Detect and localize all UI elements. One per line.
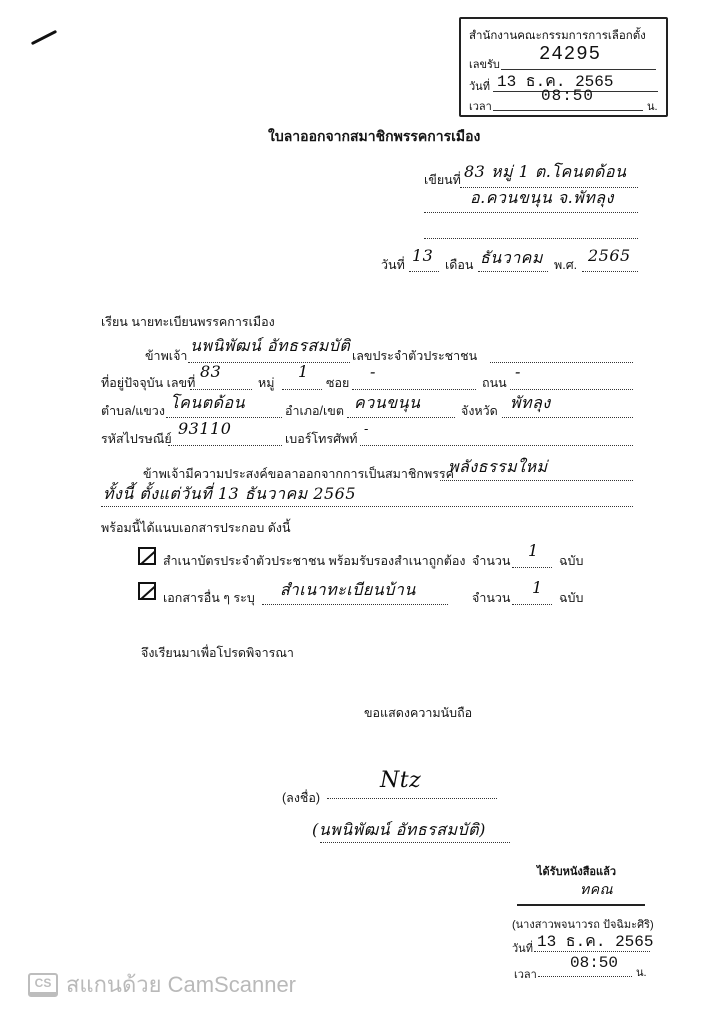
camscanner-watermark: CS สแกนด้วย CamScanner (28, 967, 296, 1002)
subdistrict-line (166, 417, 282, 418)
written-at-label: เขียนที่ (424, 170, 461, 190)
attachment-1-checkbox[interactable] (138, 547, 156, 565)
district-label: อำเภอ/เขต (285, 401, 344, 421)
attachment-2-label: เอกสารอื่น ๆ ระบุ (163, 588, 255, 608)
date-day-line (409, 271, 439, 272)
date-month-value: ธันวาคม (480, 246, 543, 271)
date-year-line (582, 271, 638, 272)
address-label: ที่อยู่ปัจจุบัน เลขที่ (101, 373, 195, 393)
date-day-label: วันที่ (381, 255, 405, 275)
receipt-date-label: วันที่ (512, 939, 533, 957)
attachment-1-qty-line (512, 567, 552, 568)
sign-label: (ลงชื่อ) (282, 788, 320, 808)
receipt-signature-line (517, 904, 645, 906)
stamp-date-label: วันที่ (469, 77, 490, 95)
subdistrict-value: โคนตด้อน (170, 391, 245, 416)
phone-value: - (364, 422, 369, 437)
page-title: ใบลาออกจากสมาชิกพรรคการเมือง (268, 126, 480, 148)
attachment-2-qty-label: จำนวน (472, 588, 510, 608)
stamp-receipt-label: เลขรับ (469, 55, 500, 73)
receipt-date-value: 13 ธ.ค. 2565 (537, 929, 653, 954)
road-value: - (515, 362, 521, 381)
receipt-time-value: 08:50 (570, 954, 618, 972)
attachment-2-checkbox[interactable] (138, 582, 156, 600)
province-line (502, 417, 633, 418)
receipt-stamp: สำนักงานคณะกรรมการการเลือกตั้ง เลขรับ 24… (459, 17, 668, 117)
province-label: จังหวัด (461, 401, 498, 421)
receipt-receiver-signature: ทคณ (580, 879, 613, 901)
name-value: นพนิพัฒน์ อัทธรสมบัติ (190, 334, 350, 359)
date-month-label: เดือน (445, 255, 473, 275)
attachment-2-unit: ฉบับ (559, 588, 583, 608)
attachment-1-qty: 1 (528, 541, 539, 560)
stamp-receipt-number: 24295 (539, 43, 601, 65)
party-line (440, 480, 633, 481)
road-line (510, 389, 633, 390)
attachment-2-qty-line (512, 604, 552, 605)
soi-line (352, 389, 476, 390)
phone-label: เบอร์โทรศัพท์ (285, 429, 358, 449)
province-value: พัทลุง (510, 391, 551, 416)
receipt-time-unit: น. (636, 963, 647, 981)
stamp-time-line (493, 110, 643, 111)
attachment-1-qty-label: จำนวน (472, 551, 510, 571)
camscanner-icon: CS (28, 973, 58, 997)
attachment-1-label: สำเนาบัตรประจำตัวประชาชน พร้อมรับรองสำเน… (163, 551, 465, 571)
regards-text: ขอแสดงความนับถือ (364, 703, 472, 723)
signature-line (327, 798, 497, 799)
moo-label: หมู่ (258, 373, 274, 393)
district-value: ควนขนุน (354, 391, 420, 416)
soi-value: - (370, 362, 376, 381)
pen-mark (31, 30, 57, 45)
date-year-value: 2565 (588, 246, 631, 265)
attachment-2-specify-line (262, 604, 448, 605)
house-no-value: 83 (200, 362, 221, 381)
stamp-time-value: 08:50 (541, 87, 594, 105)
effective-value: ทั้งนี้ ตั้งแต่วันที่ 13 ธันวาคม 2565 (103, 482, 356, 507)
postcode-line (168, 445, 282, 446)
postcode-value: 93110 (178, 419, 231, 438)
name-label: ข้าพเจ้า (145, 346, 187, 366)
signature: Ntz (380, 768, 421, 793)
stamp-time-unit: น. (647, 97, 658, 115)
attachments-label: พร้อมนี้ได้แนบเอกสารประกอบ ดังนี้ (101, 518, 291, 538)
written-at-line-3 (424, 238, 638, 239)
date-month-line (478, 271, 548, 272)
district-line (347, 417, 455, 418)
attachment-2-specify: สำเนาทะเบียนบ้าน (280, 578, 416, 603)
house-no-line (190, 389, 252, 390)
phone-line (360, 445, 633, 446)
written-at-line-2 (424, 212, 638, 213)
party-value: พลังธรรมใหม่ (448, 455, 548, 480)
written-at-value-1: 83 หมู่ 1 ต.โคนตด้อน (464, 160, 626, 185)
receipt-time-label: เวลา (514, 965, 537, 983)
date-year-label: พ.ศ. (554, 255, 577, 275)
signer-name: (นพนิพัฒน์ อัทธรสมบัติ) (312, 818, 486, 843)
addressee: เรียน นายทะเบียนพรรคการเมือง (101, 312, 275, 332)
postcode-label: รหัสไปรษณีย์ (101, 429, 172, 449)
attachment-2-qty: 1 (532, 578, 543, 597)
written-at-value-2: อ.ควนขนุน จ.พัทลุง (470, 186, 614, 211)
id-line (490, 362, 633, 363)
closing-text: จึงเรียนมาเพื่อโปรดพิจารณา (141, 643, 294, 663)
moo-value: 1 (298, 362, 309, 381)
soi-label: ซอย (326, 373, 349, 393)
watermark-text: สแกนด้วย CamScanner (66, 967, 296, 1002)
attachment-1-unit: ฉบับ (559, 551, 583, 571)
receipt-received-label: ได้รับหนังสือแล้ว (537, 862, 616, 880)
moo-line (282, 389, 322, 390)
stamp-time-label: เวลา (469, 97, 492, 115)
subdistrict-label: ตำบล/แขวง (101, 401, 165, 421)
intent-label: ข้าพเจ้ามีความประสงค์ขอลาออกจากการเป็นสม… (143, 464, 454, 484)
date-day-value: 13 (412, 246, 433, 265)
receipt-time-line (538, 976, 632, 977)
road-label: ถนน (482, 373, 507, 393)
